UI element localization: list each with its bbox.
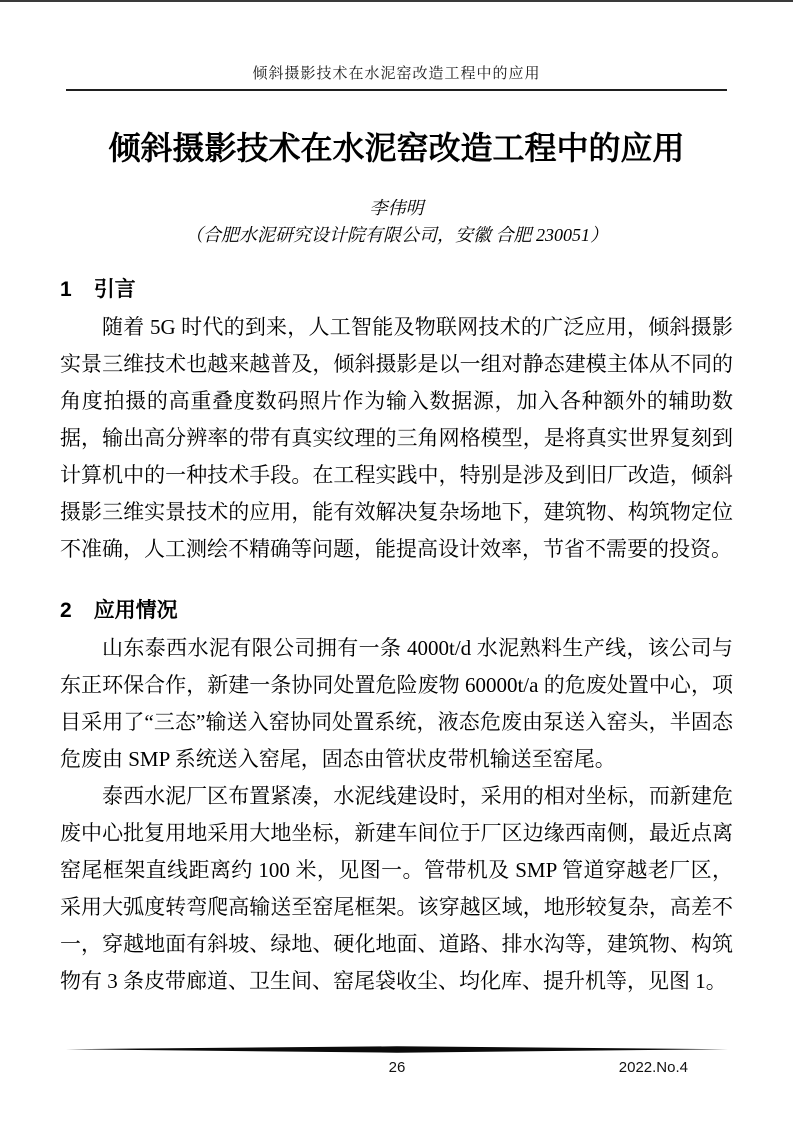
issue-label: 2022.No.4 — [619, 1059, 688, 1076]
paragraph-application-2: 泰西水泥厂区布置紧凑，水泥线建设时，采用的相对坐标，而新建危废中心批复用地采用大… — [60, 778, 733, 1000]
section-title-2: 应用情况 — [94, 599, 178, 622]
document-page: 倾斜摄影技术在水泥窑改造工程中的应用 倾斜摄影技术在水泥窑改造工程中的应用 李伟… — [0, 0, 793, 1122]
footer-text-row: 26 2022.No.4 — [66, 1059, 728, 1077]
section-heading-2: 2应用情况 — [60, 598, 733, 624]
header-divider — [66, 89, 727, 91]
section-title-1: 引言 — [94, 278, 136, 301]
section-introduction: 1引言 随着 5G 时代的到来，人工智能及物联网技术的广泛应用，倾斜摄影实景三维… — [0, 277, 793, 568]
paragraph-intro-1: 随着 5G 时代的到来，人工智能及物联网技术的广泛应用，倾斜摄影实景三维技术也越… — [60, 309, 733, 568]
scan-top-edge — [0, 0, 793, 2]
running-header: 倾斜摄影技术在水泥窑改造工程中的应用 — [0, 0, 793, 91]
author-affiliation: （合肥水泥研究设计院有限公司，安徽 合肥 230051） — [0, 223, 793, 247]
paper-title: 倾斜摄影技术在水泥窑改造工程中的应用 — [60, 129, 733, 167]
paragraph-application-1: 山东泰西水泥有限公司拥有一条 4000t/d 水泥熟料生产线，该公司与东正环保合… — [60, 630, 733, 778]
section-number-1: 1 — [60, 278, 72, 301]
footer-divider — [66, 1046, 728, 1053]
section-heading-1: 1引言 — [60, 277, 733, 303]
section-number-2: 2 — [60, 599, 72, 622]
author-name: 李伟明 — [0, 197, 793, 219]
section-application: 2应用情况 山东泰西水泥有限公司拥有一条 4000t/d 水泥熟料生产线，该公司… — [0, 598, 793, 1000]
page-footer: 26 2022.No.4 — [66, 1046, 728, 1077]
running-header-title: 倾斜摄影技术在水泥窑改造工程中的应用 — [0, 0, 793, 83]
